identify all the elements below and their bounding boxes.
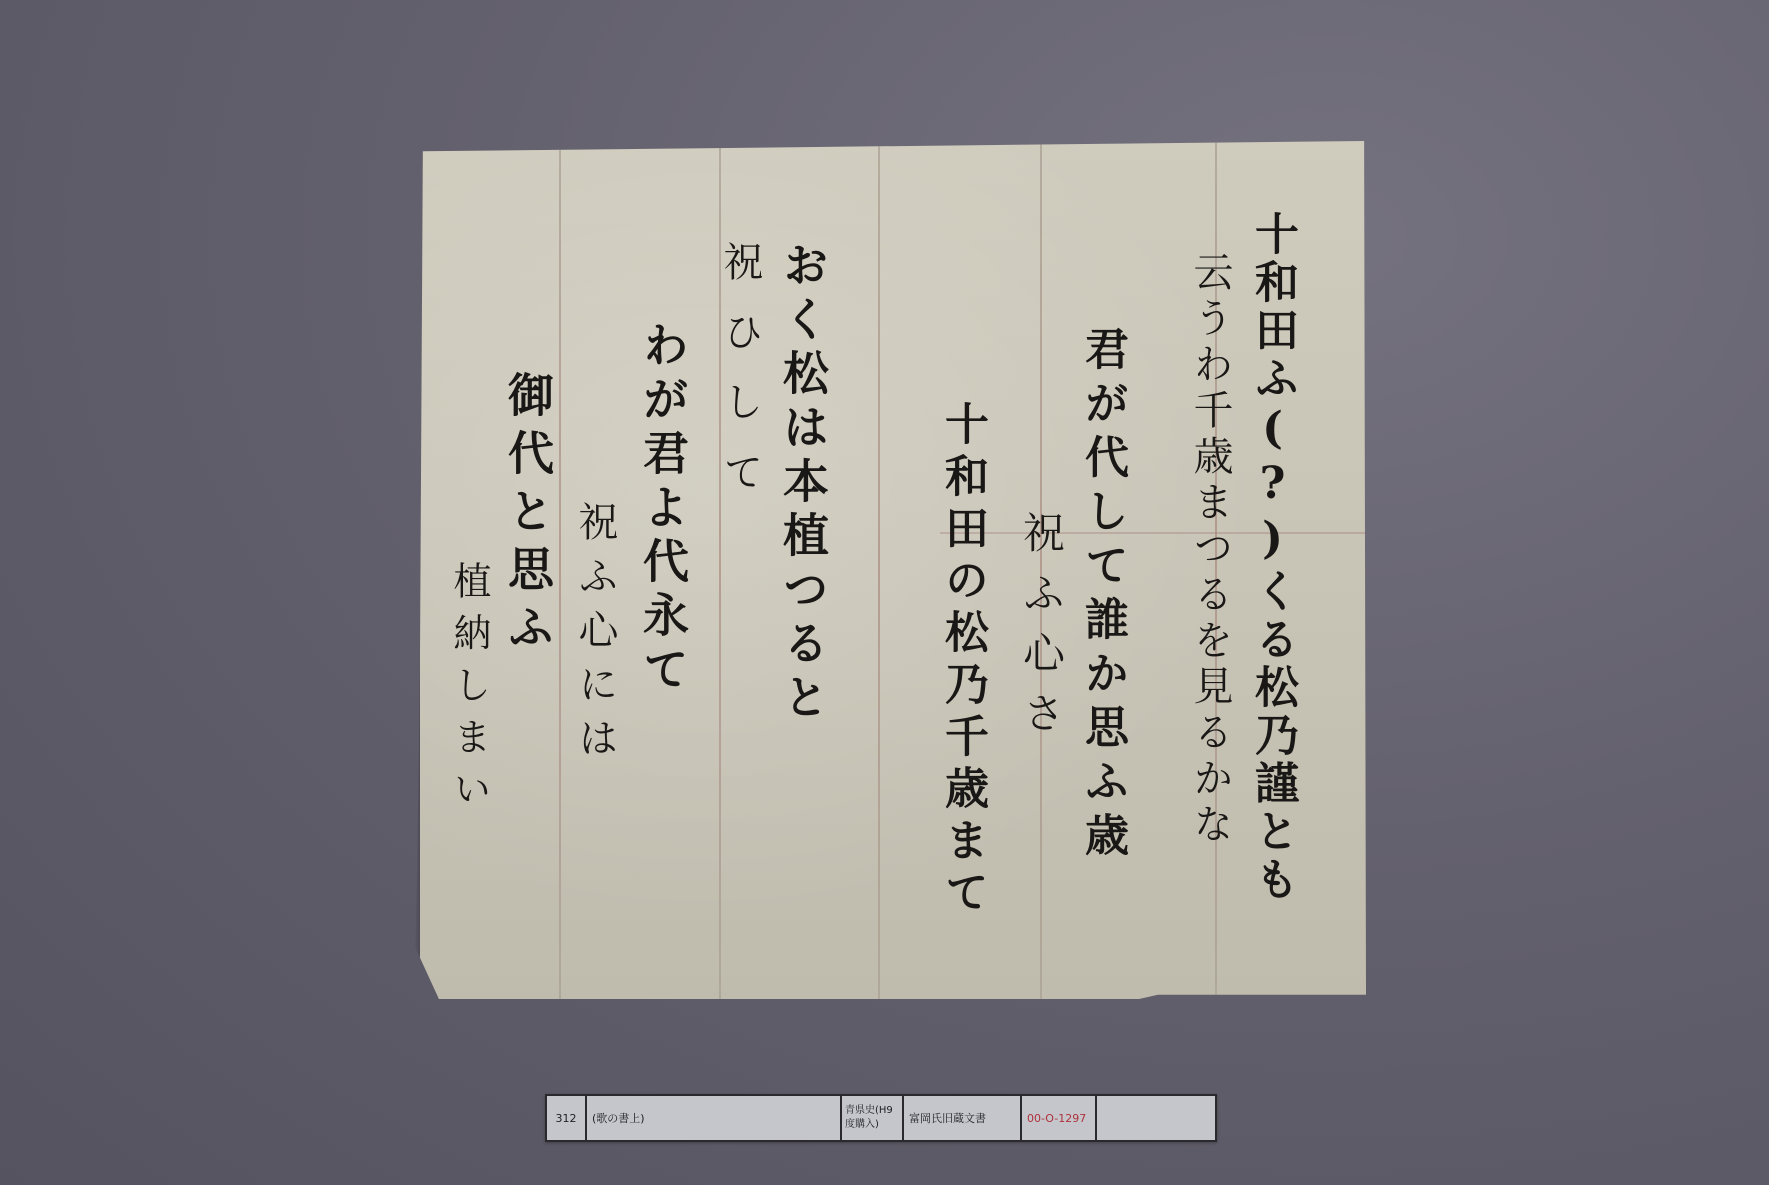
calligraphy-column-3: 君が代して誰か思ふ歳 xyxy=(1080,326,1124,866)
calligraphy-column-11: 植納しまい xyxy=(450,561,488,821)
calligraphy-column-2: 云うわ千歳まつるを見るかな xyxy=(1190,251,1230,849)
calligraphy-column-9: 祝ふ心には xyxy=(575,501,615,771)
calligraphy-column-7: 祝ひして xyxy=(720,241,760,521)
label-collection: 富岡氏旧蔵文書 xyxy=(904,1096,1022,1140)
calligraphy-column-8: わが君よ代永て xyxy=(640,321,686,699)
fold-line xyxy=(559,141,561,999)
label-catalog-id: 00-O-1297 xyxy=(1022,1096,1097,1140)
label-source-line1: 青県史(H9 xyxy=(845,1104,893,1118)
catalog-label: 312 (歌の書上) 青県史(H9 度購入) 富岡氏旧蔵文書 00-O-1297 xyxy=(545,1094,1217,1142)
calligraphy-column-5: 十和田の松乃千歳まて xyxy=(940,401,984,921)
calligraphy-column-4: 祝ふ心さ xyxy=(1020,511,1062,751)
label-title: (歌の書上) xyxy=(587,1096,842,1140)
calligraphy-column-10: 御代と思ふ xyxy=(505,371,551,661)
label-source-line2: 度購入) xyxy=(845,1118,893,1132)
manuscript-paper: 十和田ふ(?)くる松乃謹とも 云うわ千歳まつるを見るかな 君が代して誰か思ふ歳 … xyxy=(420,141,1366,999)
fold-line xyxy=(878,141,880,999)
label-extra xyxy=(1097,1096,1215,1140)
label-source: 青県史(H9 度購入) xyxy=(842,1096,904,1140)
fold-line-horizontal xyxy=(940,532,1366,534)
label-number: 312 xyxy=(547,1096,587,1140)
calligraphy-column-1: 十和田ふ(?)くる松乃謹とも xyxy=(1250,211,1294,904)
calligraphy-column-6: おく松は本植つると xyxy=(780,241,826,727)
